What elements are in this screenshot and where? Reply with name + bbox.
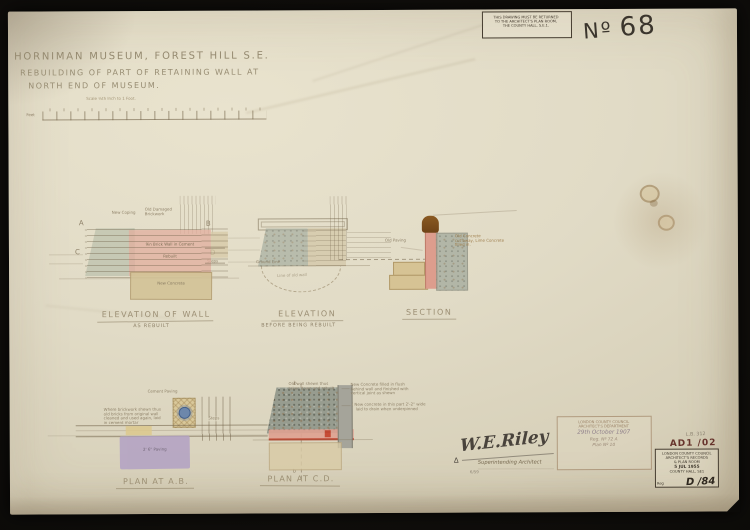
scan-background: HORNIMAN MUSEUM, FOREST HILL S.E. REBUIL… bbox=[0, 0, 750, 530]
records-block: L.B. 312 AD1 /02 LONDON COUNTY COUNCIL A… bbox=[8, 8, 739, 514]
records-box-line4: COUNTY HALL, SE1 bbox=[657, 470, 717, 474]
drawing-sheet: HORNIMAN MUSEUM, FOREST HILL S.E. REBUIL… bbox=[8, 8, 739, 514]
records-box-reg: Reg bbox=[657, 482, 664, 486]
records-stamp-text: LONDON COUNTY COUNCIL ARCHITECT'S RECORD… bbox=[657, 452, 717, 474]
records-stamp-code: AD1 /02 bbox=[670, 438, 717, 449]
records-pencil-ref: L.B. 312 bbox=[686, 432, 706, 438]
records-stamp-box: LONDON COUNTY COUNCIL ARCHITECT'S RECORD… bbox=[655, 448, 719, 487]
records-box-number: D /84 bbox=[685, 476, 715, 488]
